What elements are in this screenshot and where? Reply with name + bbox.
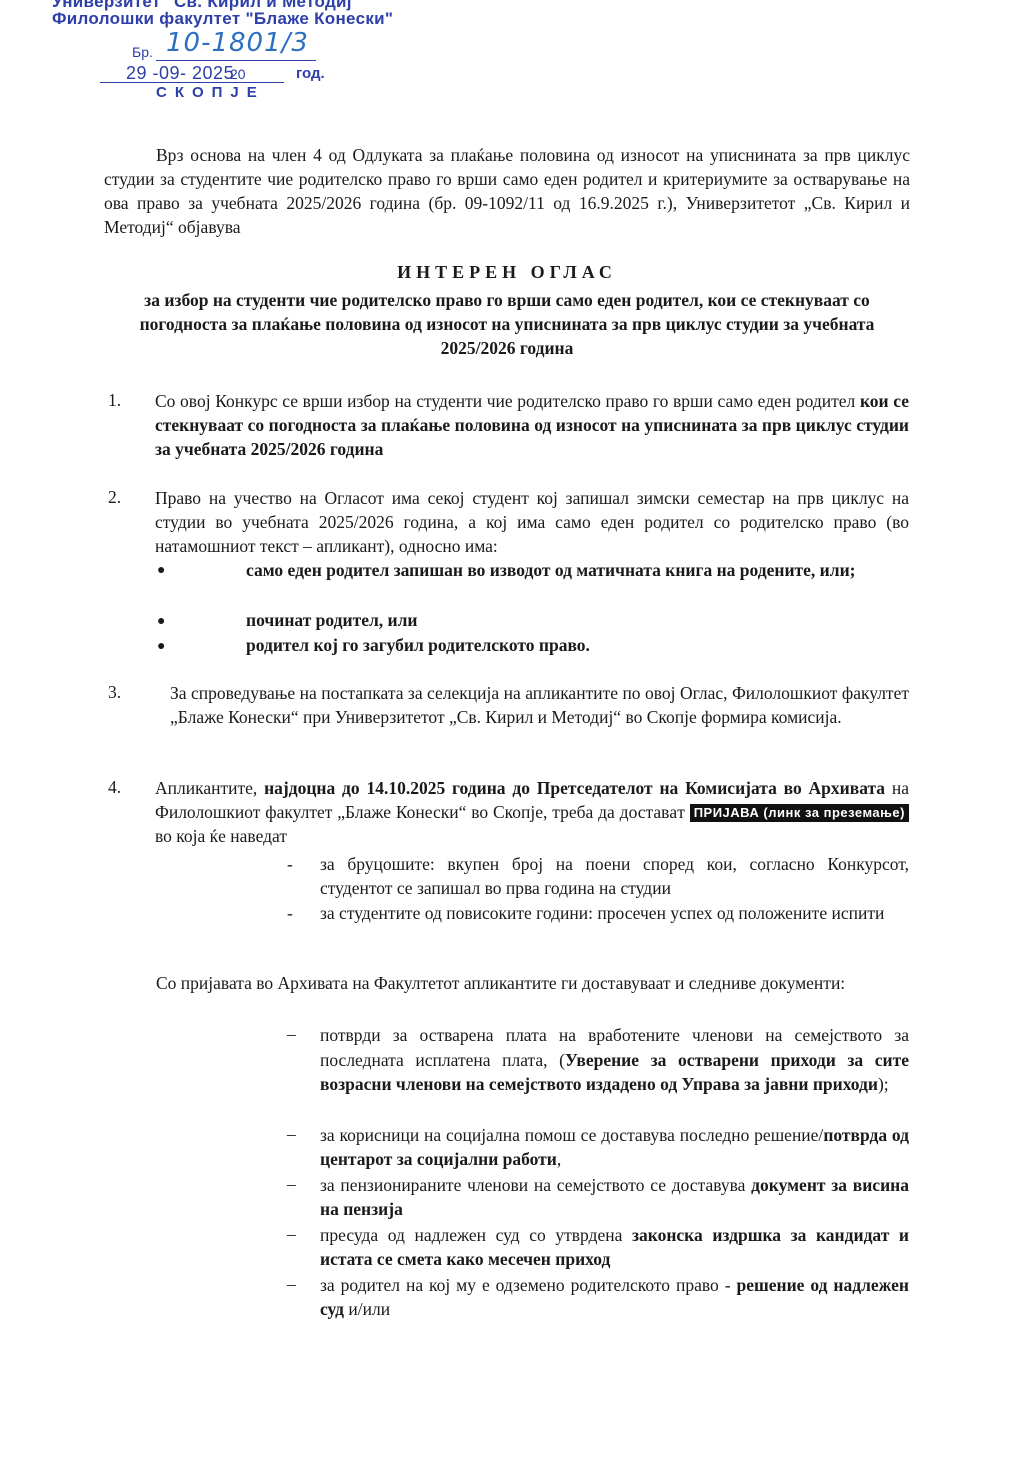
document-item-4-text: пресуда од надлежен суд со утврдена <box>320 1225 632 1245</box>
item-2-bullet-3: родител кој го загубил родителското прав… <box>246 633 909 658</box>
stamp-number-value: 10-1801/3 <box>166 28 309 58</box>
document-item-5-text: за родител на кој му е одземено родителс… <box>320 1275 736 1295</box>
item-3-number: 3. <box>108 682 121 703</box>
item-4-deadline: најдоцна до 14.10.2025 година до Претсед… <box>264 778 885 798</box>
item-4-text-a: Апликантите, <box>155 778 264 798</box>
document-item-1-end: ); <box>878 1074 889 1094</box>
item-2-text: Право на учество на Огласот има секој ст… <box>155 486 909 558</box>
document-item-4: пресуда од надлежен суд со утврдена зако… <box>320 1223 909 1271</box>
bullet-icon: ● <box>157 614 165 630</box>
dash-icon: – <box>287 1174 296 1195</box>
bullet-icon: ● <box>157 639 165 655</box>
item-3-text: За спроведување на постапката за селекци… <box>170 681 909 729</box>
item-1-number: 1. <box>108 390 121 411</box>
document-item-3: за пензионираните членови на семејството… <box>320 1173 909 1221</box>
document-item-5-end: и/или <box>344 1299 390 1319</box>
documents-intro: Со пријавата во Архивата на Факултетот а… <box>104 971 910 995</box>
stamp-faculty: Филолошки факултет "Блаже Конески" <box>52 9 393 29</box>
item-4-number: 4. <box>108 777 121 798</box>
stamp-city: СКОПЈЕ <box>156 84 265 101</box>
document-item-2-text: за корисници на социјална помош се доста… <box>320 1125 823 1145</box>
item-1-text: Со овој Конкурс се врши избор на студент… <box>155 389 909 461</box>
item-4-sub-1: за бруцошите: вкупен број на поени споре… <box>320 852 909 900</box>
item-2-bullet-1: само еден родител запишан во изводот од … <box>246 558 909 583</box>
item-4-text: Апликантите, најдоцна до 14.10.2025 годи… <box>155 776 909 848</box>
dash-icon: - <box>287 903 293 924</box>
document-item-3-text: за пензионираните членови на семејството… <box>320 1175 751 1195</box>
stamp-number-underline <box>156 60 316 61</box>
stamp-number-label: Бр. <box>132 44 153 60</box>
document-subtitle: за избор на студенти чие родителско прав… <box>104 288 910 360</box>
document-item-2-end: , <box>557 1149 561 1169</box>
stamp-year-suffix: год. <box>296 65 325 82</box>
item-1-text-normal: Со овој Конкурс се врши избор на студент… <box>155 391 860 411</box>
stamp-year-prefix: 20 <box>230 66 246 82</box>
stamp-date-value: 29 -09- 2025 <box>126 63 234 84</box>
dash-icon: – <box>287 1124 296 1145</box>
application-download-link[interactable]: ПРИЈАВА (линк за преземање) <box>690 804 909 822</box>
dash-icon: – <box>287 1274 296 1295</box>
item-2-bullet-2: починат родител, или <box>246 608 909 633</box>
intro-paragraph: Врз основа на член 4 од Одлуката за плаќ… <box>104 143 910 239</box>
document-item-5: за родител на кој му е одземено родителс… <box>320 1273 909 1321</box>
item-4-text-d: во која ќе наведат <box>155 826 287 846</box>
stamp-year-underline <box>258 82 284 83</box>
dash-icon: – <box>287 1024 296 1045</box>
item-2-number: 2. <box>108 487 121 508</box>
bullet-icon: ● <box>157 563 165 579</box>
document-title: ИНТЕРЕН ОГЛАС <box>104 262 910 283</box>
item-4-sub-2: за студентите од повисоките години: прос… <box>320 901 909 925</box>
dash-icon: – <box>287 1224 296 1245</box>
dash-icon: - <box>287 854 293 875</box>
document-item-1: потврди за остварена плата на вработенит… <box>320 1023 909 1097</box>
document-item-2: за корисници на социјална помош се доста… <box>320 1123 909 1171</box>
